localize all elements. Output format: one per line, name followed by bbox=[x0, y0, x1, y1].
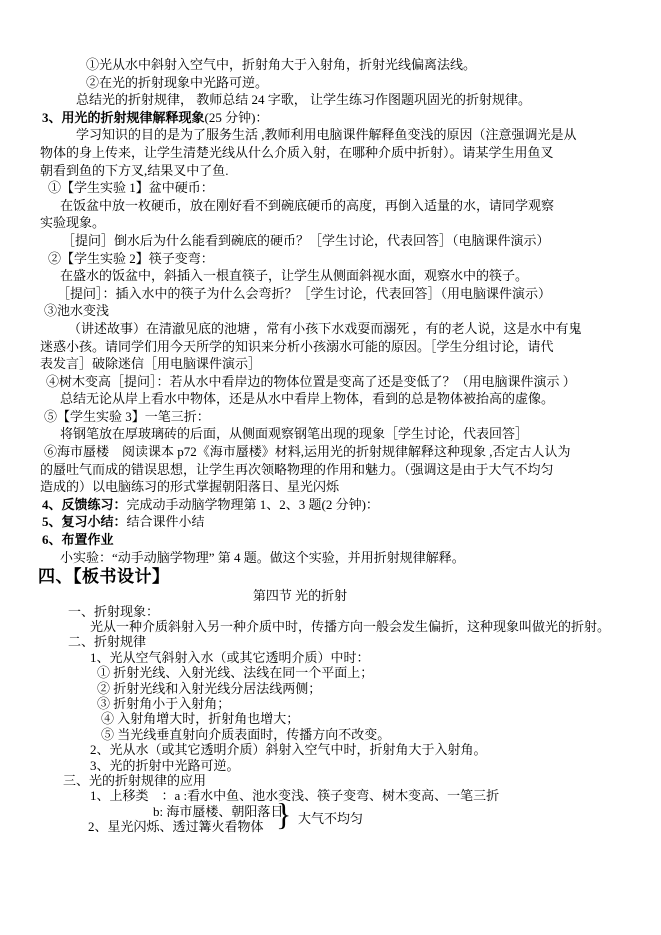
text-line: 3、光的折射中光路可逆。 bbox=[0, 758, 661, 773]
text-segment: 三、光的折射规律的应用 bbox=[63, 773, 206, 788]
text-line: ② 折射光线和入射光线分居法线两侧； bbox=[0, 681, 661, 696]
text-line: ③池水变浅 bbox=[0, 302, 661, 320]
text-segment: 5、复习小结： bbox=[42, 514, 127, 529]
text-line: ②在光的折射现象中光路可逆。 bbox=[0, 74, 661, 92]
text-line: 表发言］破除迷信［用电脑课件演示］ bbox=[0, 355, 661, 373]
text-segment: 物体的身上传来，让学生清楚光线从什么介质入射，在哪种介质中折射）。请某学生用鱼叉 bbox=[40, 145, 554, 160]
text-line: 迷惑小孩。请同学们用今天所学的知识来分析小孩溺水可能的原因。［学生分组讨论，请代 bbox=[0, 338, 661, 356]
text-line: 5、复习小结：结合课件小结 bbox=[0, 513, 661, 531]
text-segment: 结合课件小结 bbox=[127, 514, 205, 529]
text-segment: 迷惑小孩。请同学们用今天所学的知识来分析小孩溺水可能的原因。［学生分组讨论，请代 bbox=[40, 339, 554, 354]
text-segment: 朝看到鱼的下方叉,结果叉中了鱼. bbox=[40, 163, 229, 178]
text-line: 二、折射规律 bbox=[0, 634, 661, 649]
text-line: 学习知识的目的是为了服务生活 ,教师利用电脑课件解释鱼变浅的原因（注意强调光是从 bbox=[0, 126, 661, 144]
document-page: ①光从水中斜射入空气中，折射角大于入射角，折射光线偏离法线。②在光的折射现象中光… bbox=[0, 0, 661, 935]
text-segment: ⑤【学生实验 3】一笔三折： bbox=[44, 409, 210, 424]
text-line: 的蜃吐气而成的错误思想，让学生再次领略物理的作用和魅力。（强调这是由于大气不均匀 bbox=[0, 461, 661, 479]
text-segment: 1、上移类 ：a :看水中鱼、池水变浅、筷子变弯、树木变高、一笔三折 bbox=[90, 788, 499, 803]
text-segment: 2、星光闪烁、透过篝火看物体 bbox=[88, 819, 264, 834]
text-segment: 完成动手动脑学物理第 1、2、3 题(2 分钟)： bbox=[127, 497, 379, 512]
brace-label: 大气不均匀 bbox=[298, 808, 363, 827]
text-segment: ③ 折射角小于入射角； bbox=[97, 696, 230, 711]
text-segment: ［提问］倒水后为什么能看到碗底的硬币？［学生讨论，代表回答］（电脑课件演示） bbox=[62, 233, 550, 248]
text-line: 在饭盆中放一枚硬币，放在刚好看不到碗底硬币的高度，再倒入适量的水，请同学观察 bbox=[0, 197, 661, 215]
text-segment: （讲述故事）在清澈见底的池塘 ，常有小孩下水戏耍而溺死 ，有的老人说，这是水中有… bbox=[68, 321, 582, 336]
text-segment: ⑥海市蜃楼 阅读课本 p72《海市蜃楼》材料,运用光的折射规律解释这种现象 ,否… bbox=[44, 444, 571, 459]
text-segment: 3、用光的折射规律解释现象 bbox=[42, 110, 205, 125]
curly-brace-icon: } bbox=[276, 797, 291, 831]
text-segment: ②【学生实验 2】筷子变弯： bbox=[48, 251, 214, 266]
text-segment: ①【学生实验 1】盆中硬币： bbox=[48, 180, 214, 195]
text-segment: 将钢笔放在厚玻璃砖的后面，从侧面观察钢笔出现的现象［学生讨论，代表回答］ bbox=[60, 426, 528, 441]
text-line: 三、光的折射规律的应用 bbox=[0, 773, 661, 788]
text-segment: 学习知识的目的是为了服务生活 ,教师利用电脑课件解释鱼变浅的原因（注意强调光是从 bbox=[76, 127, 577, 142]
text-line: 造成的）以电脑练习的形式掌握朝阳落日、星光闪烁 bbox=[0, 478, 661, 496]
text-line: 总结无论从岸上看水中物体，还是从水中看岸上物体，看到的总是物体被抬高的虚像。 bbox=[0, 390, 661, 408]
text-line: 3、用光的折射规律解释现象(25 分钟)： bbox=[0, 109, 661, 127]
text-segment: 实验现象。 bbox=[40, 215, 105, 230]
text-line: ① 折射光线、入射光线、法线在同一个平面上； bbox=[0, 665, 661, 680]
text-segment: ② 折射光线和入射光线分居法线两侧； bbox=[97, 681, 321, 696]
text-line: ［提问］：插入水中的筷子为什么会弯折？［学生讨论，代表回答］（用电脑课件演示） bbox=[0, 285, 661, 303]
text-segment: ②在光的折射现象中光路可逆。 bbox=[86, 75, 268, 90]
text-segment: 的蜃吐气而成的错误思想，让学生再次领略物理的作用和魅力。（强调这是由于大气不均匀 bbox=[40, 462, 554, 477]
text-segment: ① 折射光线、入射光线、法线在同一个平面上； bbox=[97, 665, 373, 680]
text-segment: 4、反馈练习： bbox=[42, 497, 127, 512]
text-segment: b: 海市蜃楼、朝阳落日 bbox=[153, 804, 283, 819]
text-segment: 四、【板书设计】 bbox=[38, 567, 170, 586]
text-line: ①光从水中斜射入空气中，折射角大于入射角，折射光线偏离法线。 bbox=[0, 56, 661, 74]
text-line: 4、反馈练习：完成动手动脑学物理第 1、2、3 题(2 分钟)： bbox=[0, 496, 661, 514]
text-line: 实验现象。 bbox=[0, 214, 661, 232]
text-segment: 二、折射规律 bbox=[68, 634, 146, 649]
text-line: 在盛水的饭盆中，斜插入一根直筷子，让学生从侧面斜视水面，观察水中的筷子。 bbox=[0, 267, 661, 285]
text-segment: ④树木变高［提问］：若从水中看岸边的物体位置是变高了还是变低了？（用电脑课件演示… bbox=[46, 374, 576, 389]
text-line: 1、光从空气斜射入水（或其它透明介质）中时： bbox=[0, 650, 661, 665]
text-line: 将钢笔放在厚玻璃砖的后面，从侧面观察钢笔出现的现象［学生讨论，代表回答］ bbox=[0, 425, 661, 443]
text-segment: 总结光的折射规律， 教师总结 24 字歌， 让学生练习作图题巩固光的折射规律。 bbox=[76, 92, 531, 107]
text-segment: 表发言］破除迷信［用电脑课件演示］ bbox=[40, 356, 261, 371]
text-segment: 1、光从空气斜射入水（或其它透明介质）中时： bbox=[90, 650, 370, 665]
text-line: ⑤ 当光线垂直射向介质表面时，传播方向不改变。 bbox=[0, 727, 661, 742]
text-segment: ①光从水中斜射入空气中，折射角大于入射角，折射光线偏离法线。 bbox=[86, 57, 476, 72]
text-line: ④ 入射角增大时，折射角也增大； bbox=[0, 711, 661, 726]
text-segment: 光从一种介质斜射入另一种介质中时，传播方向一般会发生偏折，这种现象叫做光的折射。 bbox=[90, 619, 610, 634]
text-line: 2、光从水（或其它透明介质）斜射入空气中时，折射角大于入射角。 bbox=[0, 742, 661, 757]
text-line: ③ 折射角小于入射角； bbox=[0, 696, 661, 711]
text-line: ②【学生实验 2】筷子变弯： bbox=[0, 250, 661, 268]
text-line: 四、【板书设计】 bbox=[0, 566, 661, 588]
text-segment: (25 分钟)： bbox=[205, 110, 269, 125]
text-segment: ⑤ 当光线垂直射向介质表面时，传播方向不改变。 bbox=[101, 727, 390, 742]
text-segment: ④ 入射角增大时，折射角也增大； bbox=[101, 711, 299, 726]
text-segment: 3、光的折射中光路可逆。 bbox=[90, 758, 240, 773]
text-line: 物体的身上传来，让学生清楚光线从什么介质入射，在哪种介质中折射）。请某学生用鱼叉 bbox=[0, 144, 661, 162]
text-line: ④树木变高［提问］：若从水中看岸边的物体位置是变高了还是变低了？（用电脑课件演示… bbox=[0, 373, 661, 391]
text-line: （讲述故事）在清澈见底的池塘 ，常有小孩下水戏耍而溺死 ，有的老人说，这是水中有… bbox=[0, 320, 661, 338]
text-segment: 2、光从水（或其它透明介质）斜射入空气中时，折射角大于入射角。 bbox=[90, 742, 487, 757]
text-line: ⑥海市蜃楼 阅读课本 p72《海市蜃楼》材料,运用光的折射规律解释这种现象 ,否… bbox=[0, 443, 661, 461]
text-line: ⑤【学生实验 3】一笔三折： bbox=[0, 408, 661, 426]
text-segment: 6、布置作业 bbox=[42, 532, 114, 547]
text-line: 小实验：“动手动脑学物理” 第 4 题。做这个实验，并用折射规律解释。 bbox=[0, 549, 661, 567]
text-segment: 在盛水的饭盆中，斜插入一根直筷子，让学生从侧面斜视水面，观察水中的筷子。 bbox=[60, 268, 528, 283]
text-line: 第四节 光的折射 bbox=[0, 588, 600, 603]
text-line: 6、布置作业 bbox=[0, 531, 661, 549]
text-segment: 第四节 光的折射 bbox=[253, 588, 347, 603]
text-segment: ③池水变浅 bbox=[44, 303, 109, 318]
text-line: 一、折射现象： bbox=[0, 604, 661, 619]
text-line: 朝看到鱼的下方叉,结果叉中了鱼. bbox=[0, 162, 661, 180]
text-segment: ［提问］：插入水中的筷子为什么会弯折？［学生讨论，代表回答］（用电脑课件演示） bbox=[57, 286, 551, 301]
text-line: ［提问］倒水后为什么能看到碗底的硬币？［学生讨论，代表回答］（电脑课件演示） bbox=[0, 232, 661, 250]
text-line: 光从一种介质斜射入另一种介质中时，传播方向一般会发生偏折，这种现象叫做光的折射。 bbox=[0, 619, 661, 634]
text-line: 总结光的折射规律， 教师总结 24 字歌， 让学生练习作图题巩固光的折射规律。 bbox=[0, 91, 661, 109]
document-lines: ①光从水中斜射入空气中，折射角大于入射角，折射光线偏离法线。②在光的折射现象中光… bbox=[0, 56, 661, 834]
text-segment: 在饭盆中放一枚硬币，放在刚好看不到碗底硬币的高度，再倒入适量的水，请同学观察 bbox=[60, 198, 554, 213]
text-segment: 造成的）以电脑练习的形式掌握朝阳落日、星光闪烁 bbox=[40, 479, 339, 494]
text-segment: 小实验：“动手动脑学物理” 第 4 题。做这个实验，并用折射规律解释。 bbox=[60, 550, 465, 565]
text-segment: 总结无论从岸上看水中物体，还是从水中看岸上物体，看到的总是物体被抬高的虚像。 bbox=[60, 391, 554, 406]
text-line: 1、上移类 ：a :看水中鱼、池水变浅、筷子变弯、树木变高、一笔三折 bbox=[0, 788, 661, 803]
text-segment: 一、折射现象： bbox=[68, 604, 159, 619]
text-line: ①【学生实验 1】盆中硬币： bbox=[0, 179, 661, 197]
